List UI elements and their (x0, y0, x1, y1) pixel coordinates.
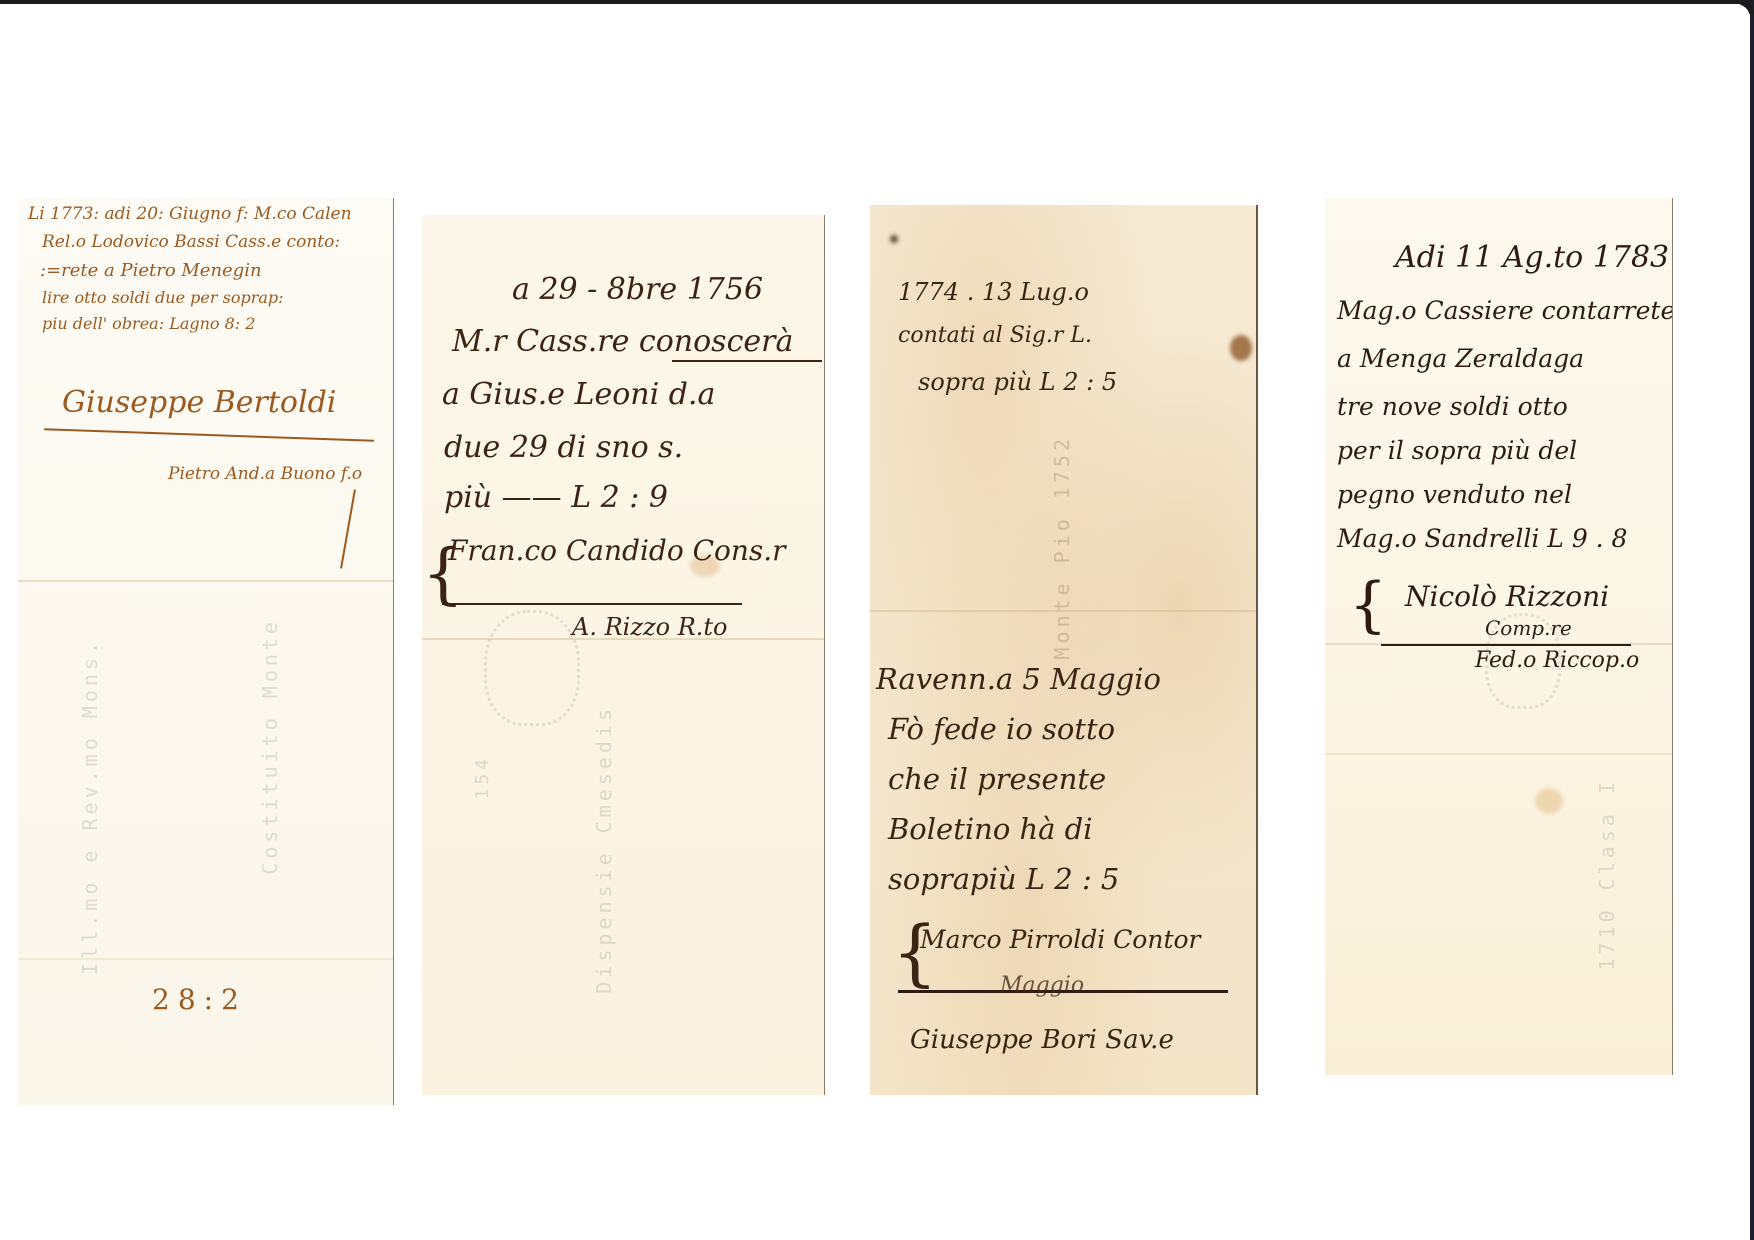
countersignature: Giuseppe Bori Sav.e (910, 1027, 1174, 1053)
signature-tail (340, 489, 356, 568)
show-through-print: Monte Pio 1752 (1050, 435, 1074, 660)
handwritten-line: a Menga Zeraldaga (1337, 346, 1584, 371)
document-note-2: Dispensie Cmesedis 154 a 29 - 8bre 1756 … (422, 215, 825, 1095)
date-line: Adi 11 Ag.to 1783 (1395, 243, 1669, 273)
amount-line: più —— L 2 : 9 (444, 483, 668, 513)
handwritten-line: due 29 di sno s. (444, 433, 683, 463)
handwritten-line: che il presente (888, 765, 1106, 794)
handwritten-line: piu dell' obrea: Lagno 8: 2 (42, 316, 255, 332)
fold-line (18, 580, 393, 582)
handwritten-line: Ravenn.a 5 Maggio (876, 665, 1161, 694)
handwritten-line: Mag.o Cassiere contarrete (1337, 298, 1673, 323)
show-through-print: Ill.mo e Rev.mo Mons. (78, 638, 102, 975)
countersignature: Fed.o Riccop.o (1475, 650, 1639, 672)
signature-rule (442, 603, 742, 605)
scan-edge-right (1750, 0, 1754, 1240)
signature: Nicolò Rizzoni (1405, 583, 1609, 611)
show-through-number: 154 (472, 755, 493, 800)
handwritten-line: contati al Sig.r L. (898, 325, 1092, 347)
brace-mark: { (1349, 570, 1387, 640)
underline (672, 360, 822, 362)
scan-corner (1736, 4, 1750, 18)
show-through-print: Dispensie Cmesedis (592, 705, 616, 994)
show-through-emblem (484, 610, 580, 726)
handwritten-line: per il sopra più del (1337, 438, 1577, 463)
stain (1535, 788, 1563, 814)
handwritten-line: Li 1773: adi 20: Giugno f: M.co Calen (28, 206, 352, 223)
date-line: a 29 - 8bre 1756 (512, 275, 763, 305)
handwritten-line: lire otto soldi due per soprap: (42, 290, 284, 306)
handwritten-line: tre nove soldi otto (1337, 394, 1568, 419)
handwritten-line: Rel.o Lodovico Bassi Cass.e conto: (42, 234, 340, 251)
signature: Giuseppe Bertoldi (62, 388, 336, 418)
scan-edge-top (0, 0, 1754, 4)
handwritten-line: pegno venduto nel (1337, 482, 1572, 507)
ink-dot (890, 235, 898, 243)
handwritten-line: a Gius.e Leoni d.a (442, 380, 715, 410)
amount-line: soprapiù L 2 : 5 (888, 865, 1119, 894)
signature-flourish (44, 428, 374, 442)
handwritten-line: Fò fede io sotto (888, 715, 1115, 744)
document-note-1: Ill.mo e Rev.mo Mons. Costituito Monte L… (18, 198, 394, 1105)
countersignature: A. Rizzo R.to (572, 615, 728, 639)
show-through-print: 1710 Clasa I (1595, 778, 1619, 971)
signature-title: Comp.re (1485, 618, 1572, 638)
fold-line (18, 958, 393, 960)
date-line: 1774 . 13 Lug.o (898, 280, 1089, 304)
stain (1230, 335, 1252, 361)
signature: Fran.co Candido Cons.r (448, 537, 786, 565)
signature-note: Maggio (1000, 975, 1084, 997)
countersignature: Pietro And.a Buono f.o (168, 466, 362, 483)
handwritten-line: Boletino hà di (888, 815, 1093, 844)
document-note-4: 1710 Clasa I Adi 11 Ag.to 1783 Mag.o Cas… (1325, 198, 1673, 1075)
show-through-print: Costituito Monte (258, 618, 282, 875)
signature: Marco Pirroldi Contor (920, 927, 1201, 952)
fold-line (1325, 753, 1672, 755)
handwritten-line: :=rete a Pietro Menegin (40, 262, 262, 280)
signature-rule (1381, 644, 1631, 646)
amount-line: sopra più L 2 : 5 (918, 370, 1117, 394)
amount-line: Mag.o Sandrelli L 9 . 8 (1337, 526, 1627, 551)
document-note-3: Monte Pio 1752 1774 . 13 Lug.o contati a… (870, 205, 1258, 1095)
handwritten-line: M.r Cass.re conoscerà (452, 327, 793, 357)
amount: 28:2 (152, 986, 247, 1014)
